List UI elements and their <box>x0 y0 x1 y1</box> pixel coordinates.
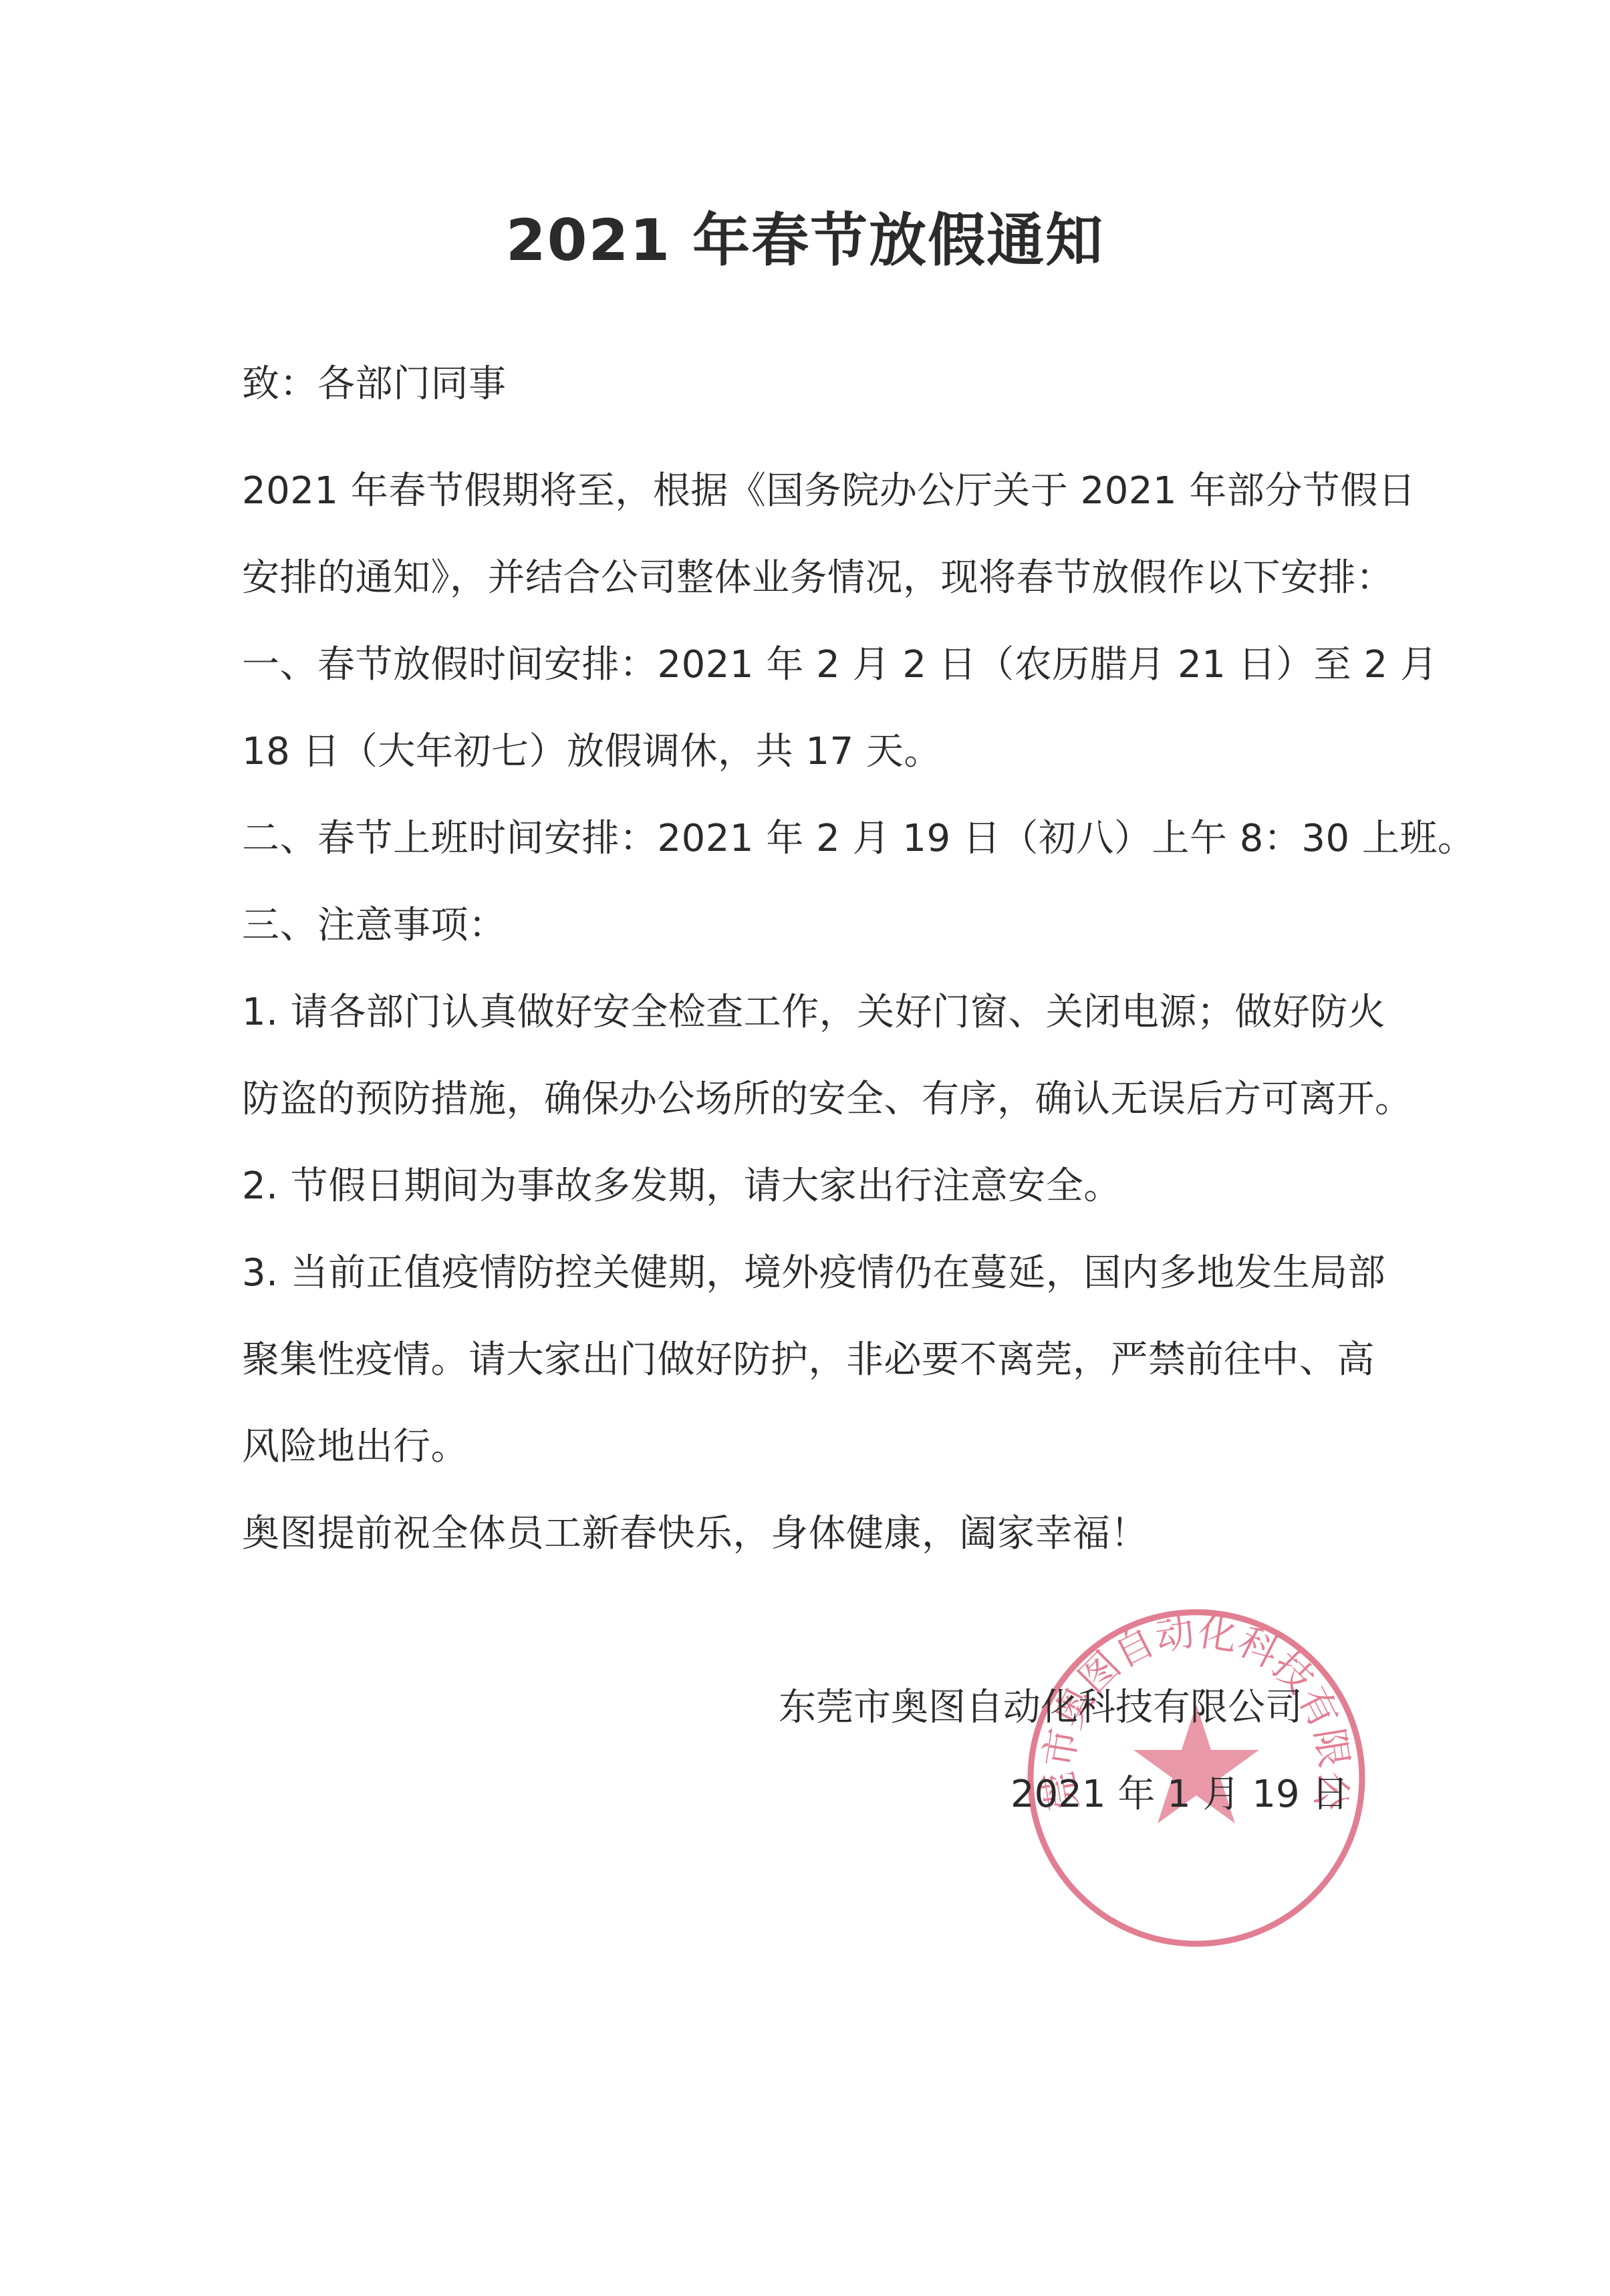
paragraph-line: 2021 年春节假期将至，根据《国务院办公厅关于 2021 年部分节假日 <box>242 468 1416 515</box>
paragraph-line: 奥图提前祝全体员工新春快乐，身体健康，阖家幸福！ <box>242 1511 1148 1557</box>
paragraph-line: 聚集性疫情。请大家出门做好防护，非必要不离莞，严禁前往中、高 <box>242 1337 1375 1384</box>
signature-company: 东莞市奥图自动化科技有限公司 <box>779 1684 1303 1731</box>
salutation: 致：各部门同事 <box>242 361 507 408</box>
paragraph-line: 三、注意事项： <box>242 902 507 949</box>
paragraph-line: 1. 请各部门认真做好安全检查工作，关好门窗、关闭电源；做好防火 <box>242 989 1385 1036</box>
paragraph-line: 一、春节放假时间安排：2021 年 2 月 2 日（农历腊月 21 日）至 2 … <box>242 642 1438 688</box>
signature-date: 2021 年 1 月 19 日 <box>1011 1771 1349 1818</box>
paragraph-line: 二、春节上班时间安排：2021 年 2 月 19 日（初八）上午 8：30 上班… <box>242 815 1475 862</box>
document-title: 2021 年春节放假通知 <box>0 194 1610 277</box>
paragraph-line: 3. 当前正值疫情防控关健期，境外疫情仍在蔓延，国内多地发生局部 <box>242 1250 1385 1297</box>
paragraph-line: 防盗的预防措施，确保办公场所的安全、有序，确认无误后方可离开。 <box>242 1076 1413 1123</box>
paragraph-line: 风险地出行。 <box>242 1424 468 1471</box>
paragraph-line: 2. 节假日期间为事故多发期，请大家出行注意安全。 <box>242 1163 1121 1210</box>
paragraph-line: 安排的通知》，并结合公司整体业务情况，现将春节放假作以下安排： <box>242 555 1394 602</box>
notice-page: 2021 年春节放假通知 致：各部门同事 2021 年春节假期将至，根据《国务院… <box>0 0 1610 2296</box>
paragraph-line: 18 日（大年初七）放假调休，共 17 天。 <box>242 729 942 775</box>
